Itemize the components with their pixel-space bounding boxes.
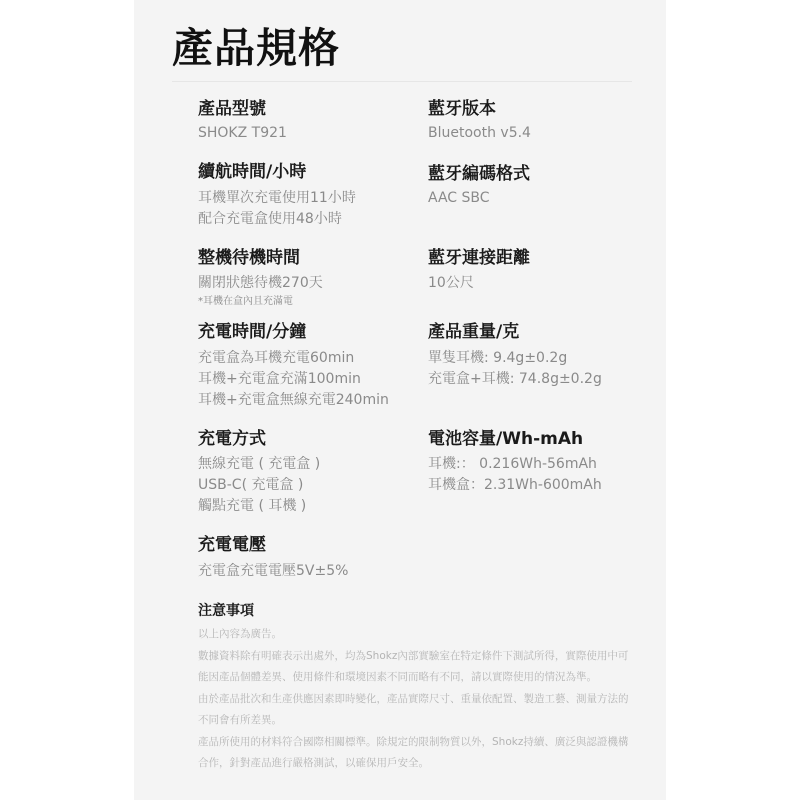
spec-label: 充電時間/分鐘: [198, 320, 389, 344]
spec-value: 單隻耳機: 9.4g±0.2g: [428, 348, 602, 369]
spec-value: 觸點充電 ( 耳機 ): [198, 496, 320, 517]
spec-label: 產品重量/克: [428, 320, 602, 344]
spec-value: Bluetooth v5.4: [428, 123, 531, 144]
page-title: 產品規格: [172, 22, 340, 74]
notes-paragraph: 由於產品批次和生產供應因素即時變化，產品實際尺寸、重量依配置、製造工藝、測量方法…: [198, 689, 634, 732]
spec-value: 耳機盒：2.31Wh-600mAh: [428, 475, 602, 496]
notes-section: 注意事項 以上內容為廣告。 數據資料除有明確表示出處外，均為Shokz內部實驗室…: [198, 600, 634, 775]
spec-charging-time: 充電時間/分鐘 充電盒為耳機充電60min 耳機+充電盒充滿100min 耳機+…: [198, 320, 389, 411]
spec-label: 藍牙編碼格式: [428, 162, 530, 186]
spec-value: 耳機:： 0.216Wh-56mAh: [428, 454, 602, 475]
spec-model: 產品型號 SHOKZ T921: [198, 97, 287, 144]
spec-charging-method: 充電方式 無線充電 ( 充電盒 ) USB-C( 充電盒 ) 觸點充電 ( 耳機…: [198, 427, 320, 517]
spec-value: 耳機+充電盒無線充電240min: [198, 390, 389, 411]
title-divider: [172, 81, 632, 82]
spec-label: 藍牙版本: [428, 97, 531, 121]
spec-label: 產品型號: [198, 97, 287, 121]
notes-paragraph: 數據資料除有明確表示出處外，均為Shokz內部實驗室在特定條件下測試所得，實際使…: [198, 646, 634, 689]
spec-label: 續航時間/小時: [198, 160, 356, 184]
spec-label: 電池容量/Wh-mAh: [428, 427, 602, 451]
notes-title: 注意事項: [198, 600, 634, 622]
spec-value: 充電盒為耳機充電60min: [198, 348, 389, 369]
spec-charging-voltage: 充電電壓 充電盒充電電壓5V±5%: [198, 533, 348, 582]
spec-label: 充電方式: [198, 427, 320, 451]
spec-label: 整機待機時間: [198, 246, 323, 270]
spec-value: 充電盒+耳機: 74.8g±0.2g: [428, 369, 602, 390]
spec-value: 10公尺: [428, 273, 530, 294]
spec-label: 充電電壓: [198, 533, 348, 557]
notes-paragraph: 產品所使用的材料符合國際相關標準。除規定的限制物質以外，Shokz持續、廣泛與認…: [198, 732, 634, 775]
spec-label: 藍牙連接距離: [428, 246, 530, 270]
spec-value: 耳機+充電盒充滿100min: [198, 369, 389, 390]
spec-value: 充電盒充電電壓5V±5%: [198, 561, 348, 582]
spec-footnote: *耳機在盒內且充滿電: [198, 294, 323, 310]
spec-bluetooth-version: 藍牙版本 Bluetooth v5.4: [428, 97, 531, 144]
spec-value: 配合充電盒使用48小時: [198, 209, 356, 230]
spec-battery-life: 續航時間/小時 耳機單次充電使用11小時 配合充電盒使用48小時: [198, 160, 356, 230]
spec-value: 無線充電 ( 充電盒 ): [198, 454, 320, 475]
spec-value: AAC SBC: [428, 188, 530, 209]
spec-bluetooth-codec: 藍牙編碼格式 AAC SBC: [428, 162, 530, 209]
spec-value: 耳機單次充電使用11小時: [198, 188, 356, 209]
spec-weight: 產品重量/克 單隻耳機: 9.4g±0.2g 充電盒+耳機: 74.8g±0.2…: [428, 320, 602, 390]
spec-bluetooth-range: 藍牙連接距離 10公尺: [428, 246, 530, 294]
spec-value: 關閉狀態待機270天: [198, 273, 323, 294]
spec-standby-time: 整機待機時間 關閉狀態待機270天 *耳機在盒內且充滿電: [198, 246, 323, 310]
notes-paragraph: 以上內容為廣告。: [198, 624, 634, 646]
spec-value: USB-C( 充電盒 ): [198, 475, 320, 496]
spec-value: SHOKZ T921: [198, 123, 287, 144]
spec-battery-capacity: 電池容量/Wh-mAh 耳機:： 0.216Wh-56mAh 耳機盒：2.31W…: [428, 427, 602, 496]
